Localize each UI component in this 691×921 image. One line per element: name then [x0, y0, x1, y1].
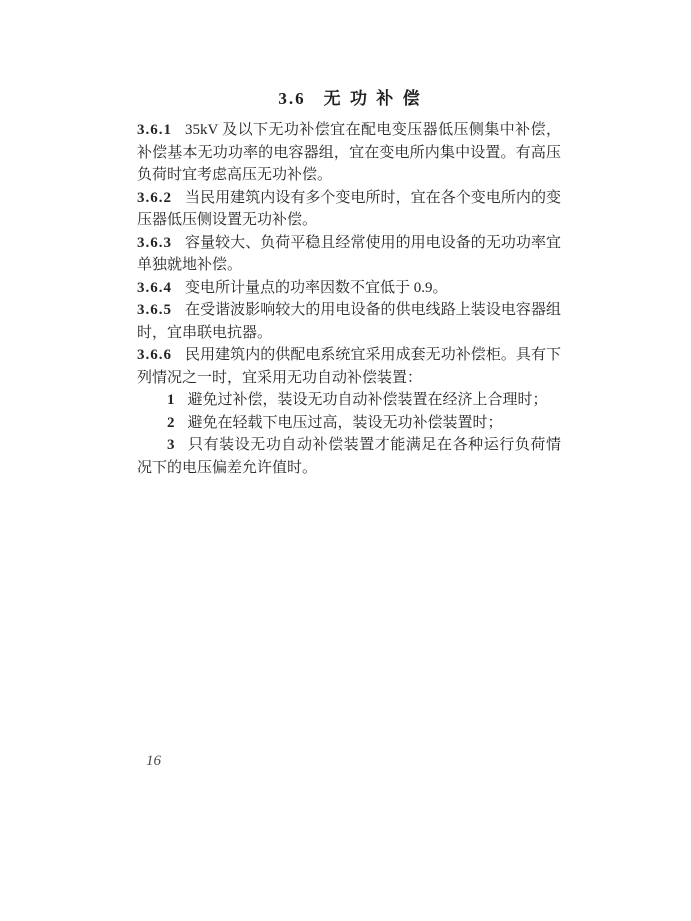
section-body: 3.6.135kV 及以下无功补偿宜在配电变压器低压侧集中补偿，补偿基本无功功率…	[137, 119, 561, 479]
list-item-text: 避免在轻载下电压过高，装设无功补偿装置时；	[188, 415, 503, 431]
section-title: 3.6无功补偿	[137, 84, 561, 109]
list-item-3: 3只有装设无功自动补偿装置才能满足在各种运行负荷情况下的电压偏差允许值时。	[137, 434, 561, 479]
clause-text: 容量较大、负荷平稳且经常使用的用电设备的无功功率宜单独就地补偿。	[137, 235, 561, 274]
clause-number: 3.6.6	[137, 347, 172, 363]
clause-number: 3.6.1	[137, 122, 172, 138]
clause-text: 当民用建筑内设有多个变电所时，宜在各个变电所内的变压器低压侧设置无功补偿。	[137, 190, 561, 229]
clause-3-6-1: 3.6.135kV 及以下无功补偿宜在配电变压器低压侧集中补偿，补偿基本无功功率…	[137, 119, 561, 187]
list-item-text: 只有装设无功自动补偿装置才能满足在各种运行负荷情况下的电压偏差允许值时。	[137, 437, 561, 476]
list-item-number: 2	[167, 415, 175, 431]
clause-3-6-4: 3.6.4变电所计量点的功率因数不宜低于 0.9。	[137, 277, 561, 300]
section-title-number: 3.6	[278, 89, 305, 108]
clause-number: 3.6.5	[137, 302, 172, 318]
clause-number: 3.6.3	[137, 235, 172, 251]
clause-number: 3.6.2	[137, 190, 172, 206]
clause-text: 变电所计量点的功率因数不宜低于 0.9。	[185, 280, 448, 296]
page-number: 16	[146, 753, 161, 770]
list-item-text: 避免过补偿，装设无功自动补偿装置在经济上合理时；	[188, 392, 548, 408]
list-item-number: 3	[167, 437, 175, 453]
document-page: 3.6无功补偿 3.6.135kV 及以下无功补偿宜在配电变压器低压侧集中补偿，…	[0, 0, 691, 921]
clause-3-6-6: 3.6.6民用建筑内的供配电系统宜采用成套无功补偿柜。具有下列情况之一时，宜采用…	[137, 344, 561, 389]
clause-text: 35kV 及以下无功补偿宜在配电变压器低压侧集中补偿，补偿基本无功功率的电容器组…	[137, 122, 561, 183]
clause-text: 在受谐波影响较大的用电设备的供电线路上装设电容器组时，宜串联电抗器。	[137, 302, 561, 341]
clause-3-6-5: 3.6.5在受谐波影响较大的用电设备的供电线路上装设电容器组时，宜串联电抗器。	[137, 299, 561, 344]
clause-3-6-2: 3.6.2当民用建筑内设有多个变电所时，宜在各个变电所内的变压器低压侧设置无功补…	[137, 187, 561, 232]
list-item-1: 1避免过补偿，装设无功自动补偿装置在经济上合理时；	[137, 389, 561, 412]
list-item-number: 1	[167, 392, 175, 408]
clause-number: 3.6.4	[137, 280, 172, 296]
clause-text: 民用建筑内的供配电系统宜采用成套无功补偿柜。具有下列情况之一时，宜采用无功自动补…	[137, 347, 561, 386]
clause-3-6-3: 3.6.3容量较大、负荷平稳且经常使用的用电设备的无功功率宜单独就地补偿。	[137, 232, 561, 277]
section-title-label: 无功补偿	[324, 89, 429, 108]
list-item-2: 2避免在轻载下电压过高，装设无功补偿装置时；	[137, 412, 561, 435]
